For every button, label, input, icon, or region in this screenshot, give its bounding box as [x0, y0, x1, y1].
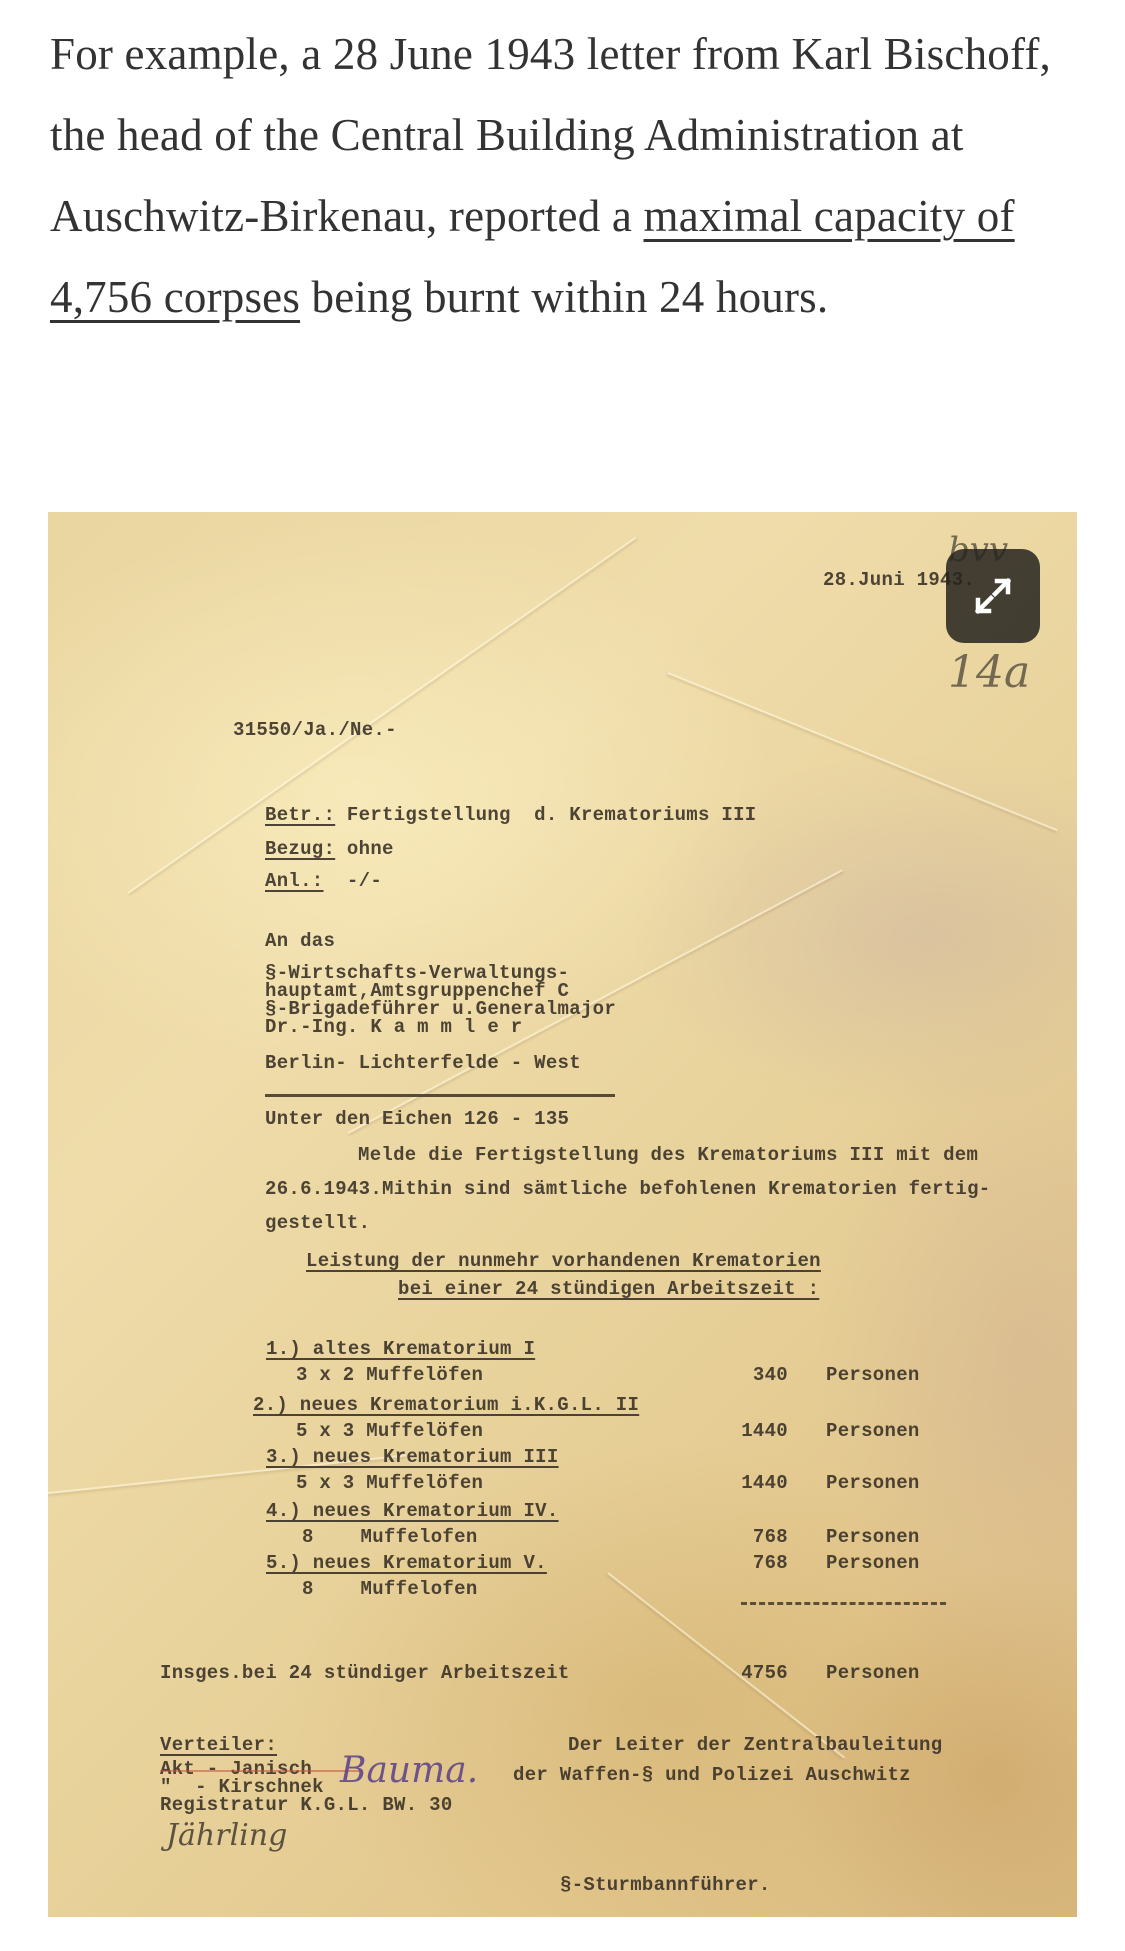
address-line: An das	[265, 930, 335, 952]
crematorium-title: 4.) neues Krematorium IV.	[266, 1500, 559, 1522]
body-line: gestellt.	[265, 1212, 370, 1234]
capacity-unit: Personen	[826, 1420, 920, 1442]
oven-count: 8 Muffelofen	[302, 1578, 478, 1600]
reference-line: Bezug: ohne	[265, 838, 394, 860]
expand-arrows-icon	[968, 571, 1018, 621]
article-text-after: being burnt within 24 hours.	[300, 272, 828, 322]
initials-signature: Jährling	[166, 1818, 287, 1853]
distribution-line: Registratur K.G.L. BW. 30	[160, 1796, 453, 1814]
red-strike-line	[160, 1770, 360, 1772]
total-unit: Personen	[826, 1662, 920, 1684]
address-line: Berlin- Lichterfelde - West	[265, 1052, 581, 1074]
body-line: Melde die Fertigstellung des Krematorium…	[358, 1144, 978, 1166]
total-label: Insges.bei 24 stündiger Arbeitszeit	[160, 1662, 570, 1684]
crematorium-title: 5.) neues Krematorium V.	[266, 1552, 547, 1574]
oven-count: 3 x 2 Muffelöfen	[296, 1364, 483, 1386]
purple-signature: Bauma.	[340, 1750, 478, 1791]
document-image[interactable]: 28.Juni 1943. bvv 14a 31550/Ja./Ne.- Bet…	[48, 512, 1077, 1917]
article-paragraph: For example, a 28 June 1943 letter from …	[50, 14, 1090, 338]
sum-divider	[741, 1602, 946, 1605]
handwritten-page-number: 14a	[948, 647, 1030, 698]
signoff-line: der Waffen-§ und Polizei Auschwitz	[513, 1764, 911, 1786]
address-line: Dr.-Ing. K a m m l e r	[265, 1018, 522, 1036]
reference-value: ohne	[347, 838, 394, 860]
capacity-unit: Personen	[826, 1526, 920, 1548]
oven-count: 5 x 3 Muffelöfen	[296, 1420, 483, 1442]
capacity-heading: Leistung der nunmehr vorhandenen Kremato…	[306, 1250, 821, 1272]
address-divider	[265, 1094, 615, 1097]
subject-value: Fertigstellung d. Krematoriums III	[347, 804, 757, 826]
reference-label: Bezug:	[265, 838, 335, 860]
paper-crease	[607, 1572, 845, 1758]
total-count: 4756	[738, 1662, 788, 1684]
distribution-label: Verteiler:	[160, 1734, 277, 1756]
subject-label: Betr.:	[265, 804, 335, 826]
signatory-rank: §-Sturmbannführer.	[560, 1874, 771, 1896]
oven-count: 8 Muffelofen	[302, 1526, 478, 1548]
enclosure-label: Anl.:	[265, 870, 324, 892]
oven-count: 5 x 3 Muffelöfen	[296, 1472, 483, 1494]
crematorium-title: 2.) neues Krematorium i.K.G.L. II	[253, 1394, 639, 1416]
expand-image-button[interactable]	[946, 549, 1040, 643]
crematorium-title: 3.) neues Krematorium III	[266, 1446, 559, 1468]
capacity-unit: Personen	[826, 1472, 920, 1494]
capacity-heading-sub: bei einer 24 stündigen Arbeitszeit :	[398, 1278, 819, 1300]
capacity-count: 1440	[738, 1472, 788, 1494]
capacity-unit: Personen	[826, 1364, 920, 1386]
address-street: Unter den Eichen 126 - 135	[265, 1108, 569, 1130]
capacity-count: 340	[738, 1364, 788, 1386]
crematorium-title: 1.) altes Krematorium I	[266, 1338, 535, 1360]
enclosure-value: -/-	[347, 870, 382, 892]
capacity-count: 768	[738, 1526, 788, 1548]
capacity-unit: Personen	[826, 1552, 920, 1574]
capacity-count: 1440	[738, 1420, 788, 1442]
signoff-line: Der Leiter der Zentralbauleitung	[568, 1734, 942, 1756]
enclosure-line: Anl.: -/-	[265, 870, 382, 892]
reference-number: 31550/Ja./Ne.-	[233, 719, 397, 741]
capacity-count: 768	[738, 1552, 788, 1574]
subject-line: Betr.: Fertigstellung d. Krematoriums II…	[265, 804, 757, 826]
body-line: 26.6.1943.Mithin sind sämtliche befohlen…	[265, 1178, 991, 1200]
